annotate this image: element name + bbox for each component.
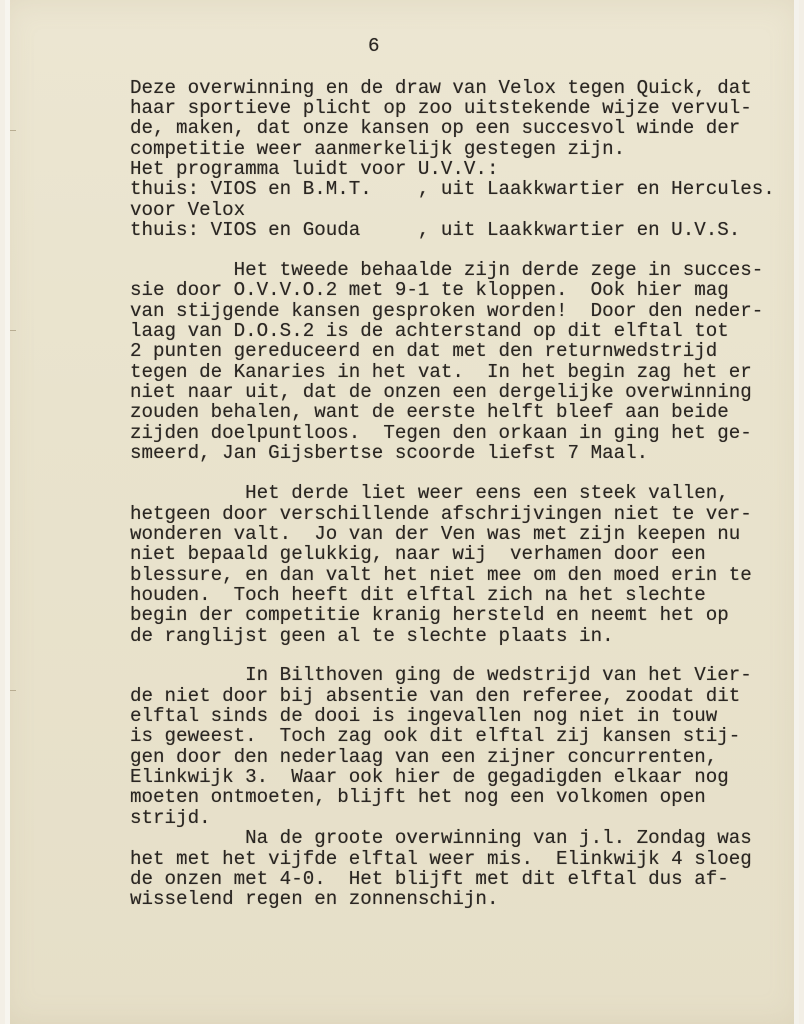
page-edge-left bbox=[5, 0, 10, 1024]
text-line: gen door den nederlaag van een zijner co… bbox=[130, 747, 717, 768]
text-line: zouden behalen, want de eerste helft ble… bbox=[130, 402, 729, 423]
text-line: blessure, en dan valt het niet mee om de… bbox=[130, 565, 752, 586]
text-line: laag van D.O.S.2 is de achterstand op di… bbox=[130, 321, 729, 342]
text-line: competitie weer aanmerkelijk gestegen zi… bbox=[130, 139, 625, 160]
paper-mark bbox=[10, 130, 16, 131]
text-line: Het tweede behaalde zijn derde zege in s… bbox=[130, 260, 763, 281]
text-line: de onzen met 4-0. Het blijft met dit elf… bbox=[130, 869, 729, 890]
text-line: Elinkwijk 3. Waar ook hier de gegadigden… bbox=[130, 767, 729, 788]
text-line: van stijgende kansen gesproken worden! D… bbox=[130, 301, 763, 322]
text-line: Het programma luidt voor U.V.V.: bbox=[130, 159, 498, 180]
text-line: sie door O.V.V.O.2 met 9-1 te kloppen. O… bbox=[130, 280, 729, 301]
text-line: de, maken, dat onze kansen op een succes… bbox=[130, 118, 740, 139]
text-line: smeerd, Jan Gijsbertse scoorde liefst 7 … bbox=[130, 443, 648, 464]
text-line: begin der competitie kranig hersteld en … bbox=[130, 605, 729, 626]
text-line: Deze overwinning en de draw van Velox te… bbox=[130, 78, 752, 99]
text-line: is geweest. Toch zag ook dit elftal zij … bbox=[130, 726, 740, 747]
text-line: houden. Toch heeft dit elftal zich na he… bbox=[130, 585, 706, 606]
text-line: wisselend regen en zonnenschijn. bbox=[130, 889, 498, 910]
text-line: Na de groote overwinning van j.l. Zondag… bbox=[130, 828, 752, 849]
text-line: haar sportieve plicht op zoo uitstekende… bbox=[130, 98, 752, 119]
schedule-line-velox: thuis: VIOS en Gouda , uit Laakkwartier … bbox=[130, 220, 740, 241]
text-line: strijd. bbox=[130, 808, 211, 829]
text-line: elftal sinds de dooi is ingevallen nog n… bbox=[130, 706, 717, 727]
text-line: 2 punten gereduceerd en dat met den retu… bbox=[130, 341, 717, 362]
text-line: In Bilthoven ging de wedstrijd van het V… bbox=[130, 665, 752, 686]
schedule-heading-velox: voor Velox bbox=[130, 200, 245, 221]
text-line: moeten ontmoeten, blijft het nog een vol… bbox=[130, 787, 706, 808]
page-edge-right bbox=[794, 0, 799, 1024]
page-number: 6 bbox=[368, 36, 380, 57]
text-line: Het derde liet weer eens een steek valle… bbox=[130, 483, 729, 504]
text-line: niet bepaald gelukkig, naar wij verhamen… bbox=[130, 544, 706, 565]
text-line: de ranglijst geen al te slechte plaats i… bbox=[130, 626, 614, 647]
text-line: hetgeen door verschillende afschrijvinge… bbox=[130, 504, 752, 525]
paper-mark bbox=[10, 690, 16, 691]
text-line: wonderen valt. Jo van der Ven was met zi… bbox=[130, 524, 740, 545]
text-line: de niet door bij absentie van den refere… bbox=[130, 686, 740, 707]
schedule-line-uvv: thuis: VIOS en B.M.T. , uit Laakkwartier… bbox=[130, 179, 775, 200]
text-line: tegen de Kanaries in het vat. In het beg… bbox=[130, 362, 752, 383]
text-line: het met het vijfde elftal weer mis. Elin… bbox=[130, 849, 752, 870]
text-line: zijden doelpuntloos. Tegen den orkaan in… bbox=[130, 423, 752, 444]
text-line: niet naar uit, dat de onzen een dergelij… bbox=[130, 382, 752, 403]
paper-mark bbox=[10, 330, 16, 331]
